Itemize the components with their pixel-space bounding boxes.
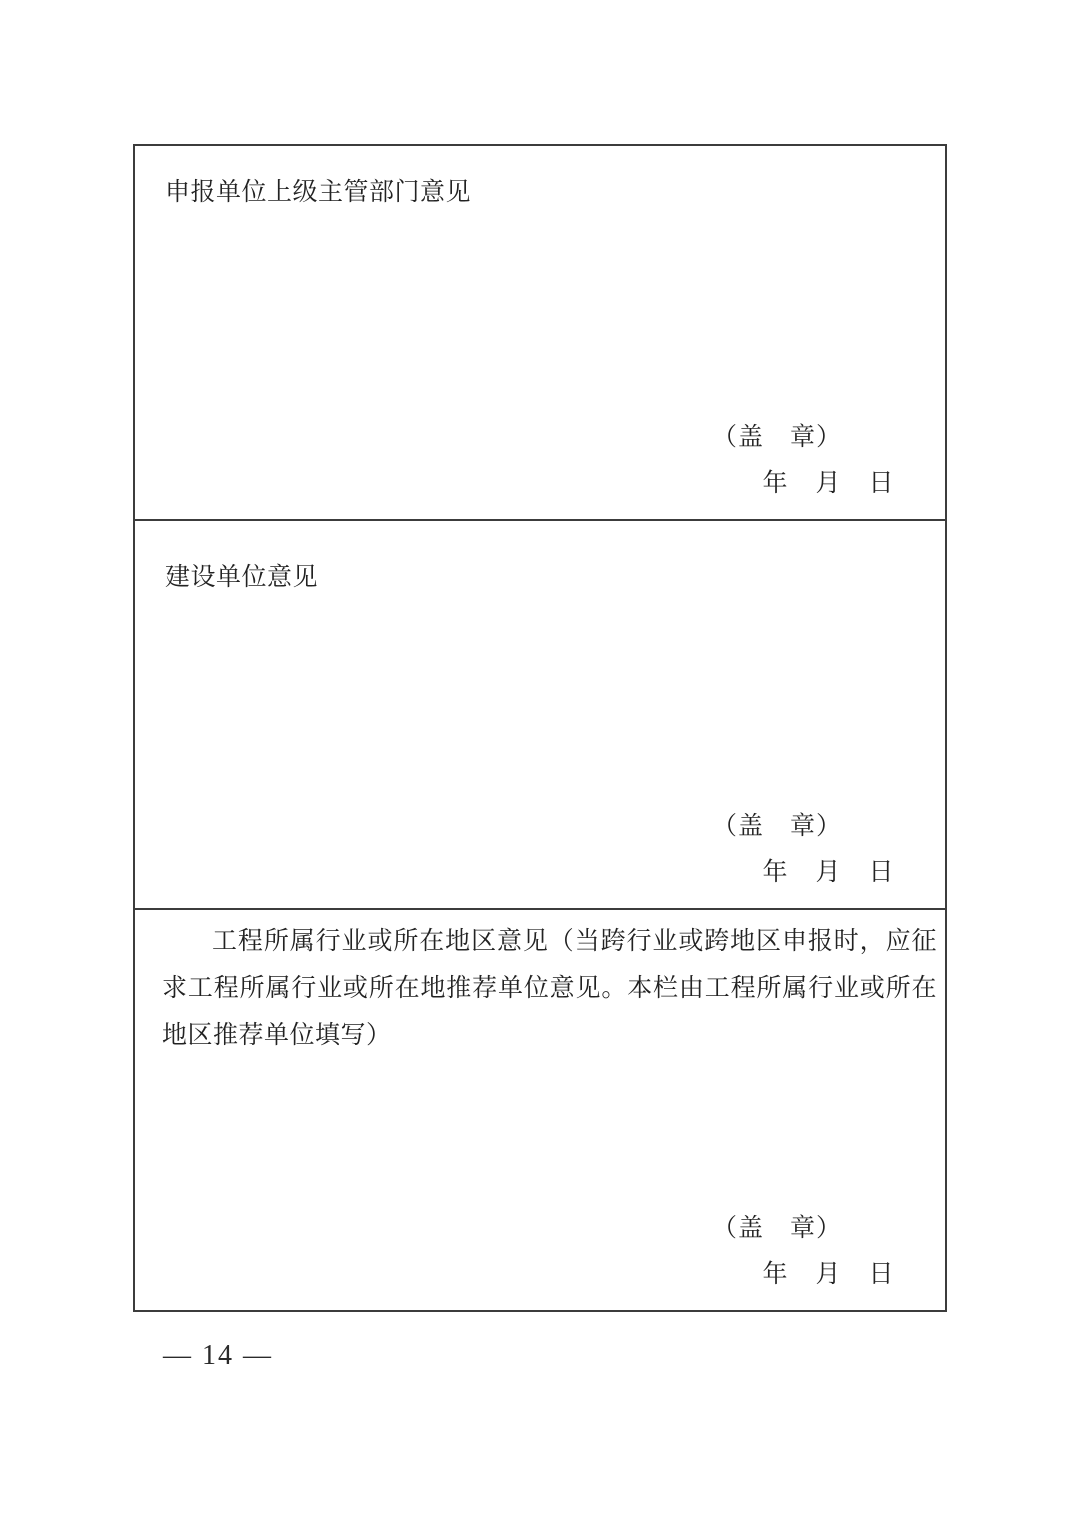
superior-department-opinion-title: 申报单位上级主管部门意见 <box>135 146 945 210</box>
date-label: 年 月 日 <box>135 461 945 507</box>
seal-label: （盖 章） <box>135 415 945 461</box>
seal-label: （盖 章） <box>135 804 945 850</box>
seal-block: （盖 章） 年 月 日 <box>135 415 945 519</box>
industry-region-opinion-paragraph: 工程所属行业或所在地区意见（当跨行业或跨地区申报时，应征求工程所属行业或所在地推… <box>135 910 945 1059</box>
construction-unit-opinion-title: 建设单位意见 <box>135 521 945 595</box>
page-number: — 14 — <box>163 1340 273 1372</box>
date-label: 年 月 日 <box>135 850 945 896</box>
seal-label: （盖 章） <box>135 1206 945 1252</box>
section-construction-unit-opinion: 建设单位意见 （盖 章） 年 月 日 <box>135 519 945 908</box>
opinion-form-table: 申报单位上级主管部门意见 （盖 章） 年 月 日 建设单位意见 （盖 章） 年 … <box>133 144 947 1312</box>
document-page: 申报单位上级主管部门意见 （盖 章） 年 月 日 建设单位意见 （盖 章） 年 … <box>0 0 1080 1528</box>
seal-block: （盖 章） 年 月 日 <box>135 804 945 908</box>
section-superior-department-opinion: 申报单位上级主管部门意见 （盖 章） 年 月 日 <box>135 146 945 519</box>
section-industry-region-opinion: 工程所属行业或所在地区意见（当跨行业或跨地区申报时，应征求工程所属行业或所在地推… <box>135 908 945 1310</box>
seal-block: （盖 章） 年 月 日 <box>135 1206 945 1310</box>
date-label: 年 月 日 <box>135 1252 945 1298</box>
